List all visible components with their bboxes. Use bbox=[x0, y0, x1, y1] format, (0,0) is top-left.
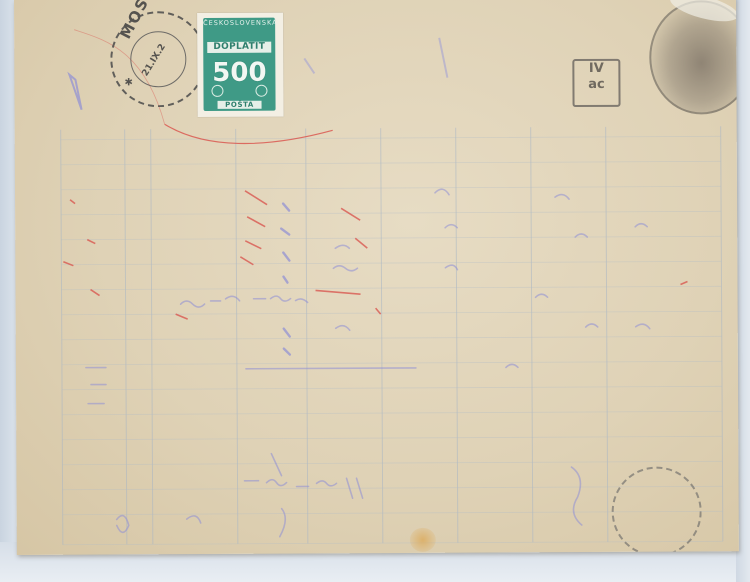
stamp-design: ČESKOSLOVENSKÁ DOPLATIT 500 POŠTA bbox=[203, 18, 275, 111]
postage-due-stamp: ČESKOSLOVENSKÁ DOPLATIT 500 POŠTA bbox=[197, 13, 284, 117]
box-stamp-line2: ac bbox=[574, 77, 618, 93]
ornament-icon bbox=[211, 85, 223, 97]
stamp-footer: POŠTA bbox=[218, 101, 262, 109]
star-icon: ✱ bbox=[124, 77, 132, 88]
stamp-label: DOPLATIT bbox=[207, 42, 271, 53]
postal-document: MOST 21.IX.2 ✱ ČESKOSLOVENSKÁ DOPLATIT 5… bbox=[14, 0, 739, 555]
stain bbox=[410, 528, 436, 552]
postmark: MOST 21.IX.2 ✱ bbox=[110, 11, 207, 108]
stamp-country: ČESKOSLOVENSKÁ bbox=[203, 19, 275, 27]
postmark-bottom-right bbox=[611, 466, 701, 555]
box-stamp-line1: IV bbox=[574, 61, 618, 77]
box-handstamp: IV ac bbox=[572, 59, 620, 107]
stamp-value: 500 bbox=[203, 58, 275, 88]
ornament-icon bbox=[255, 85, 267, 97]
